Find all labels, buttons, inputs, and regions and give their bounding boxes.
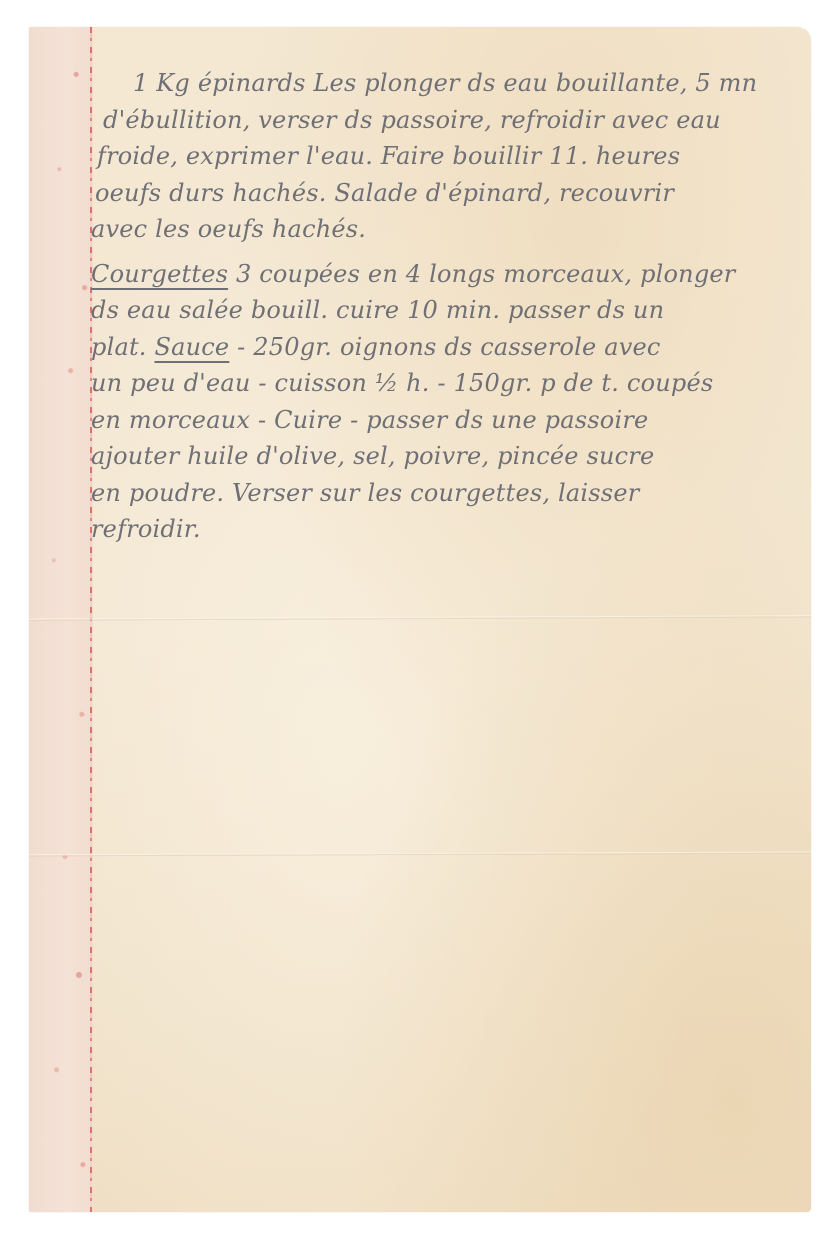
recipe-sauce-line: plat. Sauce - 250gr. oignons ds casserol… bbox=[91, 329, 796, 366]
sauce-heading: Sauce bbox=[154, 333, 229, 361]
recipe-text: plat. bbox=[91, 333, 154, 361]
recipe-line: refroidir. bbox=[91, 511, 796, 548]
paper-sheet: 1 Kg épinards Les plonger ds eau bouilla… bbox=[29, 27, 811, 1212]
recipe-line: avec les oeufs hachés. bbox=[91, 211, 796, 248]
recipe-text: 3 coupées en 4 longs morceaux, plonger bbox=[228, 260, 735, 288]
recipe-line: en poudre. Verser sur les courgettes, la… bbox=[91, 475, 796, 512]
scanned-page: 1 Kg épinards Les plonger ds eau bouilla… bbox=[0, 0, 835, 1240]
recipe-line: d'ébullition, verser ds passoire, refroi… bbox=[91, 102, 796, 139]
recipe-line: ajouter huile d'olive, sel, poivre, pinc… bbox=[91, 438, 796, 475]
recipe-line: ds eau salée bouill. cuire 10 min. passe… bbox=[91, 292, 796, 329]
recipe-title: Courgettes bbox=[91, 260, 228, 288]
fold-crease-upper bbox=[29, 615, 811, 620]
recipe-line: froide, exprimer l'eau. Faire bouillir 1… bbox=[91, 138, 796, 175]
recipe-heading-line: Courgettes 3 coupées en 4 longs morceaux… bbox=[91, 256, 796, 293]
fold-crease-lower bbox=[29, 852, 811, 857]
recipe-line: oeufs durs hachés. Salade d'épinard, rec… bbox=[91, 175, 796, 212]
recipe-line: en morceaux - Cuire - passer ds une pass… bbox=[91, 402, 796, 439]
recipe-line: un peu d'eau - cuisson ½ h. - 150gr. p d… bbox=[91, 365, 796, 402]
recipe-line: 1 Kg épinards Les plonger ds eau bouilla… bbox=[91, 65, 796, 102]
handwritten-text: 1 Kg épinards Les plonger ds eau bouilla… bbox=[91, 65, 796, 548]
recipe-text: - 250gr. oignons ds casserole avec bbox=[229, 333, 660, 361]
